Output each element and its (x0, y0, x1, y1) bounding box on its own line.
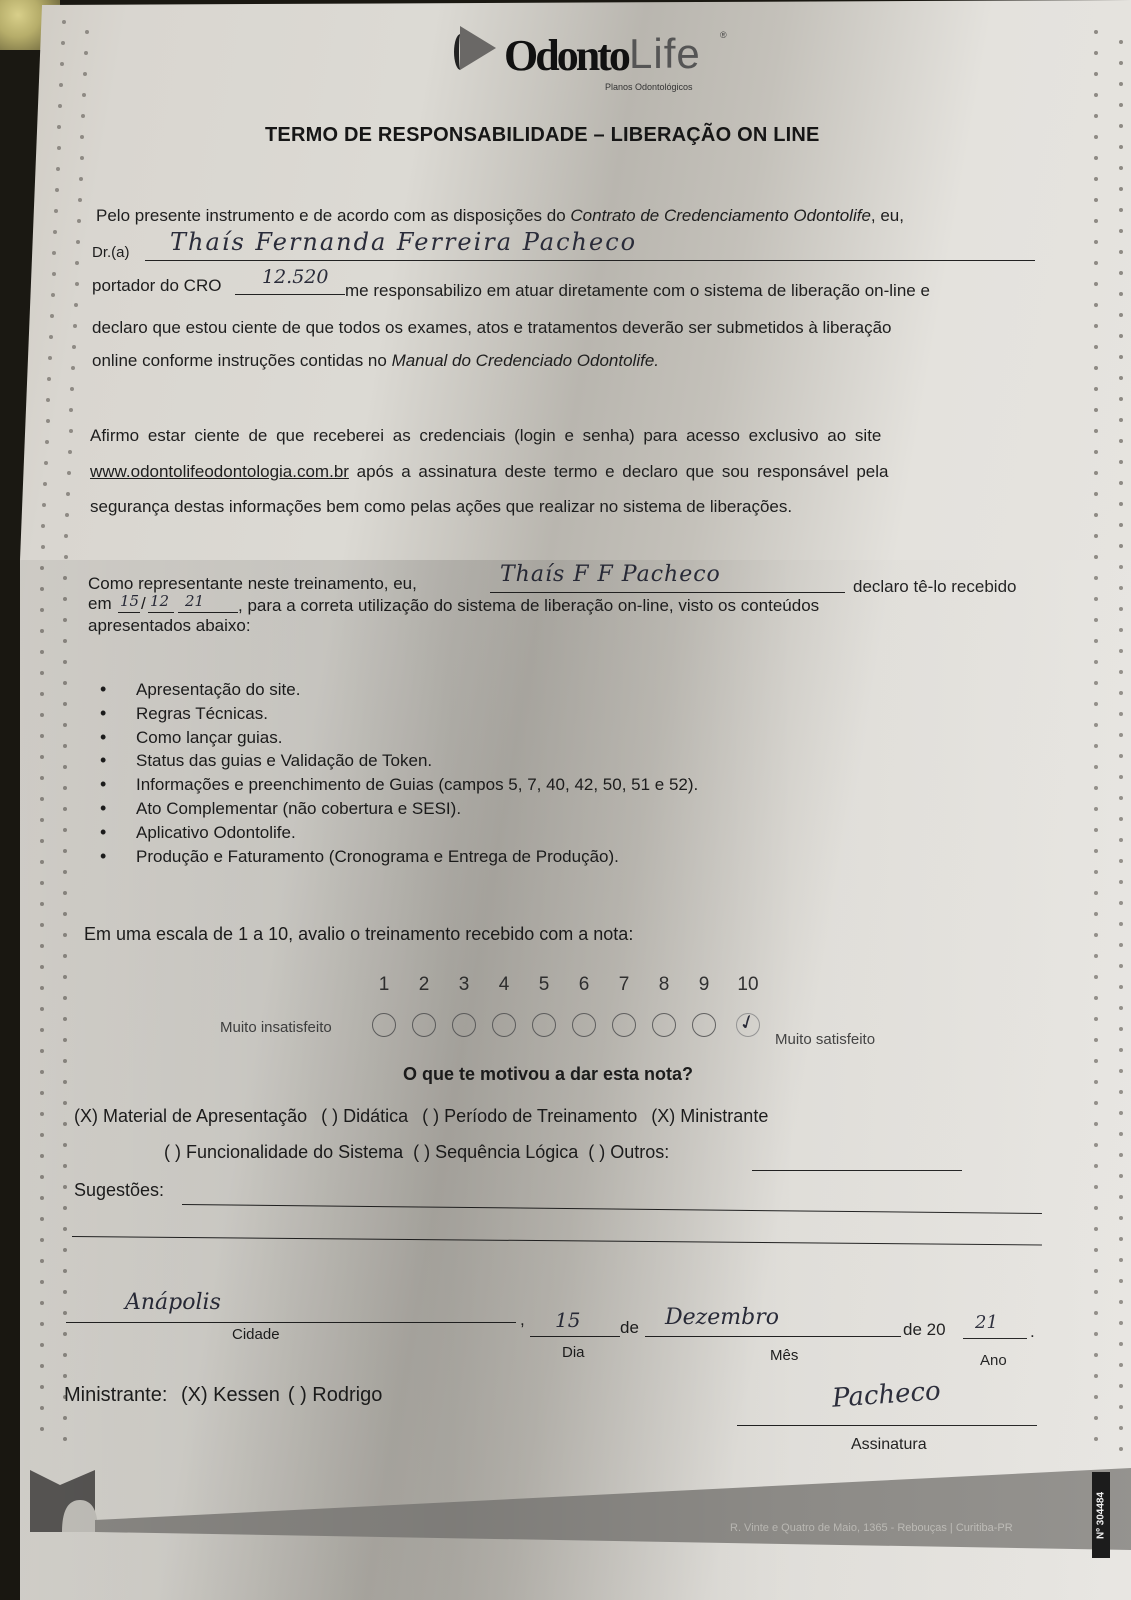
motivation-option[interactable]: ( ) Didática (321, 1106, 408, 1126)
checkbox-empty-icon[interactable]: ( ) (321, 1106, 338, 1126)
option-label: Outros: (605, 1142, 669, 1162)
intro-line-1: Pelo presente instrumento e de acordo co… (96, 206, 904, 226)
cro-line (235, 294, 345, 295)
de-label-1: de (620, 1318, 639, 1338)
city-line (66, 1322, 516, 1323)
contract-name: Contrato de Credenciamento Odontolife (570, 206, 871, 225)
credentials-line-3: segurança destas informações bem como pe… (90, 497, 792, 517)
rating-radio-2[interactable] (412, 1013, 436, 1037)
serial-number-badge: Nº 304484 (1092, 1472, 1110, 1558)
month-label: Mês (770, 1347, 798, 1364)
date-day-field[interactable]: 15 (120, 592, 139, 610)
logo-triangle-icon (460, 26, 496, 70)
checkbox-empty-icon[interactable]: ( ) (413, 1142, 430, 1162)
logo-brand-bold: Odonto (504, 30, 628, 81)
logo-subtitle: Planos Odontológicos (605, 82, 693, 92)
motivation-options-row-1: (X) Material de Apresentação( ) Didática… (74, 1106, 782, 1127)
day-field[interactable]: 15 (555, 1308, 580, 1332)
topic-item: Informações e preenchimento de Guias (ca… (100, 773, 698, 797)
dr-label: Dr.(a) (92, 244, 130, 261)
ministrante-option[interactable]: (X) Kessen (181, 1384, 280, 1406)
cro-field[interactable]: 12.520 (262, 266, 328, 288)
intro-line-3: me responsabilizo em atuar diretamente c… (345, 281, 930, 301)
manual-name: Manual do Credenciado Odontolife. (392, 351, 659, 370)
signature-line (737, 1425, 1037, 1426)
footer-band (0, 1460, 1131, 1570)
date-sep-1: / (141, 594, 146, 614)
topic-item: Produção e Faturamento (Cronograma e Ent… (100, 845, 698, 869)
option-label: Material de Apresentação (98, 1106, 307, 1126)
checkbox-checked-icon[interactable]: (X) (74, 1106, 98, 1126)
topic-item: Como lançar guias. (100, 726, 698, 750)
day-label: Dia (562, 1344, 585, 1361)
date-month-field[interactable]: 12 (150, 592, 169, 610)
topic-item: Apresentação do site. (100, 678, 698, 702)
motivation-option[interactable]: (X) Material de Apresentação (74, 1106, 307, 1126)
motivation-option[interactable]: (X) Ministrante (651, 1106, 768, 1126)
rating-high-label: Muito satisfeito (775, 1031, 875, 1048)
option-label: Ministrante (675, 1106, 768, 1126)
dr-name-field[interactable]: Thaís Fernanda Ferreira Pacheco (170, 228, 637, 256)
rating-number: 9 (689, 974, 719, 996)
topic-item: Ato Complementar (não cobertura e SESI). (100, 797, 698, 821)
rating-number: 2 (409, 974, 439, 996)
logo-registered-mark: ® (720, 30, 727, 40)
date-month-line (148, 612, 174, 613)
ministrante-row: Ministrante: (X) Kessen( ) Rodrigo (64, 1384, 382, 1407)
suggestions-label: Sugestões: (74, 1180, 164, 1201)
year-line (963, 1338, 1027, 1339)
training-line-1-suffix: declaro tê-lo recebido (853, 577, 1016, 597)
rating-low-label: Muito insatisfeito (220, 1019, 332, 1036)
intro-line-4: declaro que estou ciente de que todos os… (92, 318, 891, 338)
intro-line-5-prefix: online conforme instruções contidas no (92, 351, 392, 370)
topic-item: Regras Técnicas. (100, 702, 698, 726)
rating-number: 3 (449, 974, 479, 996)
rating-number: 7 (609, 974, 639, 996)
website-link[interactable]: www.odontolifeodontologia.com.br (90, 462, 349, 481)
ministrante-label: Ministrante: (64, 1384, 167, 1406)
document-title: TERMO DE RESPONSABILIDADE – LIBERAÇÃO ON… (265, 124, 820, 147)
option-label: Funcionalidade do Sistema (181, 1142, 403, 1162)
rating-radio-8[interactable] (652, 1013, 676, 1037)
motivation-option[interactable]: ( ) Funcionalidade do Sistema (164, 1142, 403, 1162)
rating-question: Em uma escala de 1 a 10, avalio o treina… (84, 924, 633, 945)
rating-radio-9[interactable] (692, 1013, 716, 1037)
rating-radio-7[interactable] (612, 1013, 636, 1037)
rating-radio-3[interactable] (452, 1013, 476, 1037)
training-line-3: apresentados abaixo: (88, 616, 251, 636)
topic-item: Status das guias e Validação de Token. (100, 749, 698, 773)
odontolife-logo: Odonto Life ® Planos Odontológicos (432, 24, 752, 96)
option-label: Período de Treinamento (439, 1106, 637, 1126)
day-line (530, 1336, 620, 1337)
rating-number: 1 (369, 974, 399, 996)
intro-line-5: online conforme instruções contidas no M… (92, 351, 659, 371)
rating-number: 6 (569, 974, 599, 996)
motivation-options-row-2: ( ) Funcionalidade do Sistema( ) Sequênc… (164, 1142, 679, 1163)
credentials-line-1: Afirmo estar ciente de que receberei as … (90, 426, 881, 446)
comma: , (520, 1310, 525, 1330)
intro-line-1-suffix: , eu, (871, 206, 904, 225)
rating-radio-5[interactable] (532, 1013, 556, 1037)
credentials-line-2-rest: após a assinatura deste termo e declaro … (349, 462, 889, 481)
topic-item: Aplicativo Odontolife. (100, 821, 698, 845)
ministrante-option[interactable]: ( ) Rodrigo (288, 1384, 382, 1406)
cro-label: portador do CRO (92, 276, 221, 296)
logo-brand-light: Life (629, 30, 701, 78)
rating-radio-10[interactable]: ✓ (736, 1013, 760, 1037)
city-label: Cidade (232, 1326, 280, 1343)
year-field[interactable]: 21 (975, 1312, 998, 1333)
topics-list: Apresentação do site. Regras Técnicas. C… (100, 678, 698, 868)
rating-radio-4[interactable] (492, 1013, 516, 1037)
rating-number: 4 (489, 974, 519, 996)
rating-radio-6[interactable] (572, 1013, 596, 1037)
date-year-line (178, 612, 238, 613)
motivation-option[interactable]: ( ) Outros: (588, 1142, 669, 1162)
checkbox-empty-icon[interactable]: ( ) (164, 1142, 181, 1162)
em-label: em (88, 594, 112, 614)
outros-line (752, 1170, 962, 1171)
rating-number: 10 (733, 974, 763, 996)
date-year-field[interactable]: 21 (185, 592, 204, 610)
year-label: Ano (980, 1352, 1007, 1369)
date-day-line (118, 612, 140, 613)
month-line (645, 1336, 901, 1337)
credentials-line-2: www.odontolifeodontologia.com.br após a … (90, 462, 888, 482)
month-field[interactable]: Dezembro (665, 1305, 779, 1330)
rating-number: 5 (529, 974, 559, 996)
motivation-option[interactable]: ( ) Período de Treinamento (422, 1106, 637, 1126)
rep-name-field[interactable]: Thaís F F Pacheco (500, 562, 721, 587)
dr-name-line (145, 260, 1035, 261)
checkbox-empty-icon[interactable]: ( ) (422, 1106, 439, 1126)
motivation-option[interactable]: ( ) Sequência Lógica (413, 1142, 578, 1162)
footer-address: R. Vinte e Quatro de Maio, 1365 - Rebouç… (730, 1522, 1013, 1534)
city-field[interactable]: Anápolis (125, 1290, 221, 1315)
rating-radio-1[interactable] (372, 1013, 396, 1037)
de-year-prefix: de 20 (903, 1320, 946, 1340)
checkbox-empty-icon[interactable]: ( ) (588, 1142, 605, 1162)
intro-line-1-prefix: Pelo presente instrumento e de acordo co… (96, 206, 570, 225)
training-line-2: , para a correta utilização do sistema d… (238, 596, 819, 616)
option-label: Didática (338, 1106, 408, 1126)
option-label: Sequência Lógica (430, 1142, 578, 1162)
motivation-question: O que te motivou a dar esta nota? (403, 1064, 693, 1085)
checkbox-checked-icon[interactable]: (X) (651, 1106, 675, 1126)
signature-label: Assinatura (851, 1436, 927, 1454)
rating-number: 8 (649, 974, 679, 996)
rep-name-line (490, 592, 845, 593)
training-line-1-prefix: Como representante neste treinamento, eu… (88, 574, 417, 594)
period: . (1030, 1322, 1035, 1342)
